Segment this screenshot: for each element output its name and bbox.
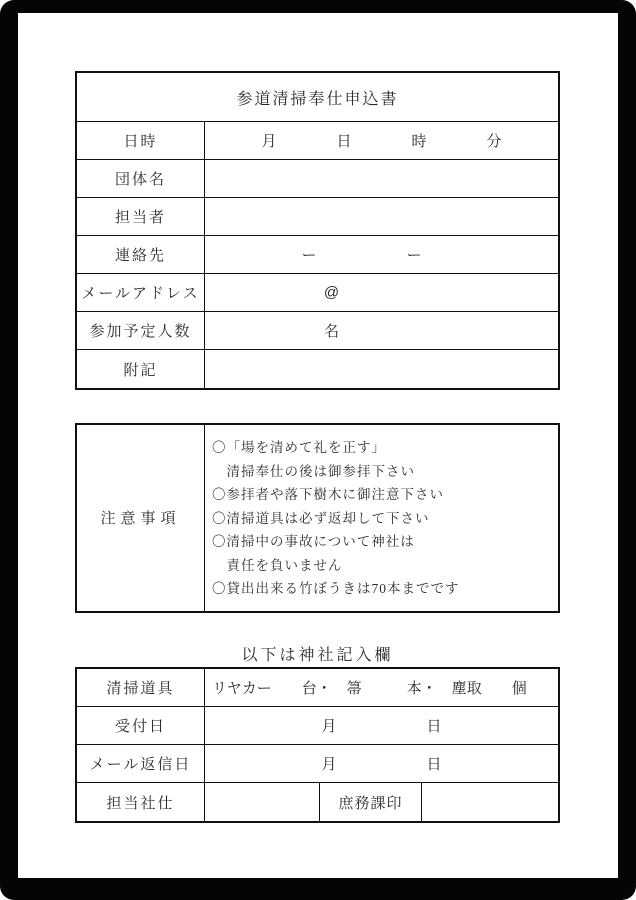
field-value-participants: 名 bbox=[205, 312, 558, 349]
field-row-group-name: 団体名 bbox=[77, 160, 558, 198]
field-label-contact-person: 担当者 bbox=[77, 198, 205, 235]
notes-table: 注意事項 〇「場を清めて礼を正す」 清掃奉仕の後は御参拝下さい 〇参拝者や落下樹… bbox=[75, 423, 560, 613]
field-label-mail-reply-date: メール返信日 bbox=[77, 745, 205, 782]
field-value-contact-person bbox=[205, 198, 558, 235]
field-label-reception-date: 受付日 bbox=[77, 707, 205, 744]
office-table: 清掃道具 リヤカー 台・ 箒 本・ 塵取 個 受付日 月 日 メール返信日 月 … bbox=[75, 667, 560, 823]
field-row-cleaning-tools: 清掃道具 リヤカー 台・ 箒 本・ 塵取 個 bbox=[77, 669, 558, 707]
note-line: 〇清掃中の事故について神社は bbox=[212, 530, 554, 554]
field-label-phone: 連絡先 bbox=[77, 236, 205, 273]
notes-label: 注意事項 bbox=[77, 425, 205, 611]
field-row-email: メールアドレス @ bbox=[77, 274, 558, 312]
document-page: 参道清掃奉仕申込書 日時 月 日 時 分 団体名 担当者 連絡先 ー ー メール… bbox=[18, 13, 618, 878]
field-value-phone: ー ー bbox=[205, 236, 558, 273]
note-line: 責任を負いません bbox=[212, 554, 554, 578]
field-value-mail-reply-date: 月 日 bbox=[205, 745, 558, 782]
notes-row: 注意事項 〇「場を清めて礼を正す」 清掃奉仕の後は御参拝下さい 〇参拝者や落下樹… bbox=[77, 425, 558, 611]
field-row-phone: 連絡先 ー ー bbox=[77, 236, 558, 274]
field-value-datetime: 月 日 時 分 bbox=[205, 122, 558, 159]
field-value-reception-date: 月 日 bbox=[205, 707, 558, 744]
field-row-staff: 担当社仕 庶務課印 bbox=[77, 783, 558, 821]
field-value-remarks bbox=[205, 350, 558, 388]
note-line: 〇清掃道具は必ず返却して下さい bbox=[212, 507, 554, 531]
notes-body: 〇「場を清めて礼を正す」 清掃奉仕の後は御参拝下さい 〇参拝者や落下樹木に御注意… bbox=[205, 425, 558, 611]
field-row-reception-date: 受付日 月 日 bbox=[77, 707, 558, 745]
field-label-participants: 参加予定人数 bbox=[77, 312, 205, 349]
field-label-staff: 担当社仕 bbox=[77, 783, 205, 821]
field-row-contact-person: 担当者 bbox=[77, 198, 558, 236]
note-line: 〇参拝者や落下樹木に御注意下さい bbox=[212, 483, 554, 507]
note-line: 清掃奉仕の後は御参拝下さい bbox=[212, 460, 554, 484]
field-label-email: メールアドレス bbox=[77, 274, 205, 311]
field-value-email: @ bbox=[205, 274, 558, 311]
field-row-remarks: 附記 bbox=[77, 350, 558, 388]
field-label-cleaning-tools: 清掃道具 bbox=[77, 669, 205, 706]
office-stamp-label: 庶務課印 bbox=[320, 783, 422, 821]
field-label-group-name: 団体名 bbox=[77, 160, 205, 197]
field-label-datetime: 日時 bbox=[77, 122, 205, 159]
field-value-group-name bbox=[205, 160, 558, 197]
form-title: 参道清掃奉仕申込書 bbox=[77, 73, 558, 122]
office-stamp-cell bbox=[422, 783, 558, 821]
application-table: 参道清掃奉仕申込書 日時 月 日 時 分 団体名 担当者 連絡先 ー ー メール… bbox=[75, 71, 560, 390]
staff-name-cell bbox=[205, 783, 320, 821]
note-line: 〇「場を清めて礼を正す」 bbox=[212, 436, 554, 460]
field-label-remarks: 附記 bbox=[77, 350, 205, 388]
field-row-mail-reply-date: メール返信日 月 日 bbox=[77, 745, 558, 783]
office-section-heading: 以下は神社記入欄 bbox=[75, 642, 560, 665]
field-value-cleaning-tools: リヤカー 台・ 箒 本・ 塵取 個 bbox=[205, 669, 558, 706]
note-line: 〇貸出出来る竹ぼうきは70本までです bbox=[212, 577, 554, 601]
field-row-datetime: 日時 月 日 時 分 bbox=[77, 122, 558, 160]
field-row-participants: 参加予定人数 名 bbox=[77, 312, 558, 350]
